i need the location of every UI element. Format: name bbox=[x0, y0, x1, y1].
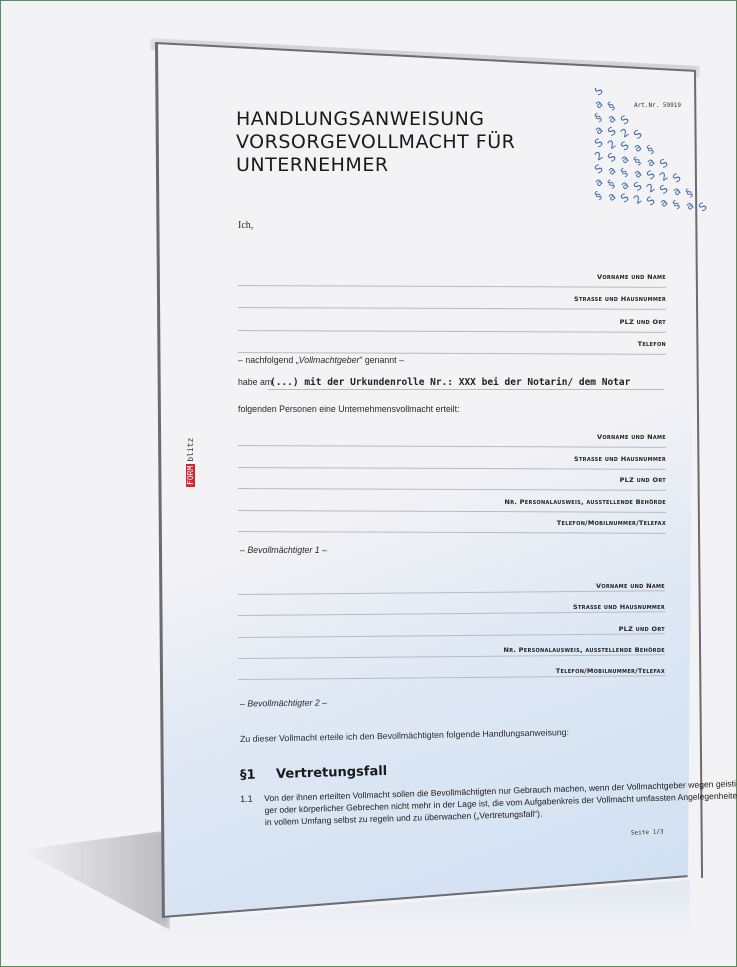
agent1-field-label: Strasse und Hausnummer bbox=[574, 455, 666, 463]
clause-1-1: 1.1 Von der ihnen erteilten Vollmacht so… bbox=[240, 777, 737, 829]
svg-text:a: a bbox=[605, 189, 618, 204]
svg-text:a: a bbox=[605, 111, 618, 126]
svg-text:§: § bbox=[683, 186, 695, 200]
agent1-label: – Bevollmächtigter 1 – bbox=[240, 545, 327, 555]
logo-pattern-icon: Sa§§aSaS2SS2Sa§2Sa§aSSa§aS2Sa§aS2Sa§§aS2… bbox=[592, 88, 722, 218]
svg-text:S: S bbox=[618, 113, 631, 128]
svg-text:S: S bbox=[644, 168, 657, 183]
agent2-field-label: Telefon/Mobilnummer/Telefax bbox=[556, 667, 665, 675]
svg-text:2: 2 bbox=[657, 169, 670, 184]
agent1-field-line[interactable] bbox=[238, 467, 666, 470]
svg-text:a: a bbox=[670, 184, 683, 199]
agent2-field-label: Nr. Personalausweis, ausstellende Behörd… bbox=[503, 646, 665, 654]
principal-field-label: Strasse und Hausnummer bbox=[574, 295, 666, 303]
clause-number: 1.1 bbox=[240, 792, 265, 829]
svg-text:a: a bbox=[657, 195, 670, 210]
agent1-field-line[interactable] bbox=[238, 510, 666, 513]
svg-text:S: S bbox=[605, 150, 618, 165]
svg-text:S: S bbox=[592, 88, 605, 98]
agent2-field-line[interactable] bbox=[238, 612, 665, 617]
formblitz-logo: FORMblitz bbox=[186, 436, 195, 487]
agent1-field-label: Telefon/Mobilnummer/Telefax bbox=[557, 519, 666, 527]
agent2-field-line[interactable] bbox=[238, 675, 665, 680]
section-number: §1 bbox=[240, 768, 256, 783]
agent2-field-line[interactable] bbox=[238, 654, 665, 659]
svg-text:a: a bbox=[644, 155, 657, 170]
svg-text:§: § bbox=[605, 177, 617, 191]
svg-text:S: S bbox=[592, 162, 605, 177]
svg-text:S: S bbox=[592, 136, 605, 151]
svg-text:S: S bbox=[605, 124, 618, 139]
agent1-field-line[interactable] bbox=[238, 488, 666, 491]
svg-text:S: S bbox=[618, 139, 631, 154]
svg-text:a: a bbox=[605, 163, 618, 178]
intro-text: Ich, bbox=[238, 220, 253, 231]
notary-field[interactable]: (...) mit der Urkundenrolle Nr.: XXX bei… bbox=[270, 377, 630, 388]
svg-text:§: § bbox=[605, 99, 617, 113]
svg-text:2: 2 bbox=[631, 192, 644, 207]
svg-text:S: S bbox=[631, 127, 644, 142]
svg-text:S: S bbox=[696, 200, 709, 215]
svg-text:§: § bbox=[644, 143, 656, 157]
svg-text:a: a bbox=[618, 178, 631, 193]
svg-text:a: a bbox=[631, 166, 644, 181]
svg-text:§: § bbox=[592, 111, 604, 125]
agent1-field-line[interactable] bbox=[238, 445, 666, 448]
persons-intro: folgenden Personen eine Unternehmensvoll… bbox=[238, 404, 460, 414]
principal-field-line[interactable] bbox=[238, 330, 666, 333]
page-number: Seite 1/3 bbox=[631, 828, 664, 836]
svg-text:S: S bbox=[657, 182, 670, 197]
svg-text:a: a bbox=[592, 175, 605, 190]
principal-field-line[interactable] bbox=[238, 307, 666, 310]
svg-text:S: S bbox=[618, 191, 631, 206]
svg-text:2: 2 bbox=[592, 149, 605, 164]
notary-field-line bbox=[268, 389, 664, 390]
principal-field-line[interactable] bbox=[238, 285, 666, 288]
document-title: HANDLUNGSANWEISUNG VORSORGEVOLLMACHT FÜR… bbox=[236, 108, 515, 177]
svg-text:S: S bbox=[644, 194, 657, 209]
principal-field-label: Telefon bbox=[638, 340, 666, 348]
agent2-field-label: Vorname und Name bbox=[596, 582, 665, 590]
svg-text:§: § bbox=[618, 166, 630, 180]
principal-field-label: PLZ und Ort bbox=[620, 318, 666, 326]
svg-text:a: a bbox=[592, 97, 605, 112]
title-line-3: UNTERNEHMER bbox=[236, 154, 515, 177]
svg-text:a: a bbox=[631, 140, 644, 155]
svg-text:§: § bbox=[592, 189, 604, 203]
section-title: Vertretungsfall bbox=[276, 764, 388, 782]
svg-text:2: 2 bbox=[605, 137, 618, 152]
title-line-2: VORSORGEVOLLMACHT FÜR bbox=[236, 131, 515, 154]
svg-text:a: a bbox=[618, 152, 631, 167]
habe-am-label: habe am bbox=[238, 377, 272, 387]
agent2-field-label: Strasse und Hausnummer bbox=[573, 603, 665, 611]
svg-text:S: S bbox=[631, 179, 644, 194]
svg-text:a: a bbox=[592, 123, 605, 138]
agent2-field-label: PLZ und Ort bbox=[619, 625, 665, 633]
svg-text:2: 2 bbox=[644, 181, 657, 196]
agent1-field-label: Nr. Personalausweis, ausstellende Behörd… bbox=[504, 498, 666, 506]
svg-text:S: S bbox=[657, 156, 670, 171]
svg-text:§: § bbox=[631, 154, 643, 168]
svg-text:§: § bbox=[670, 198, 682, 212]
agent1-field-label: Vorname und Name bbox=[597, 433, 666, 441]
principal-field-label: Vorname und Name bbox=[597, 273, 666, 281]
title-line-1: HANDLUNGSANWEISUNG bbox=[236, 108, 515, 131]
section-heading: §1 Vertretungsfall bbox=[240, 764, 388, 783]
page-content: HANDLUNGSANWEISUNG VORSORGEVOLLMACHT FÜR… bbox=[0, 0, 737, 967]
agent1-field-label: PLZ und Ort bbox=[620, 476, 666, 484]
instruction-intro: Zu dieser Vollmacht erteile ich den Bevo… bbox=[240, 727, 569, 744]
principal-note: – nachfolgend „Vollmachtgeber“ genannt – bbox=[238, 355, 404, 365]
agent2-label: – Bevollmächtigter 2 – bbox=[240, 697, 327, 708]
logo-form: FORM bbox=[186, 464, 195, 487]
logo-blitz: blitz bbox=[186, 436, 195, 464]
svg-text:2: 2 bbox=[618, 126, 631, 141]
svg-text:a: a bbox=[683, 198, 696, 213]
agent1-field-line[interactable] bbox=[238, 531, 666, 534]
agent2-field-line[interactable] bbox=[238, 633, 665, 638]
svg-text:S: S bbox=[670, 171, 683, 186]
agent2-field-line[interactable] bbox=[238, 590, 665, 595]
